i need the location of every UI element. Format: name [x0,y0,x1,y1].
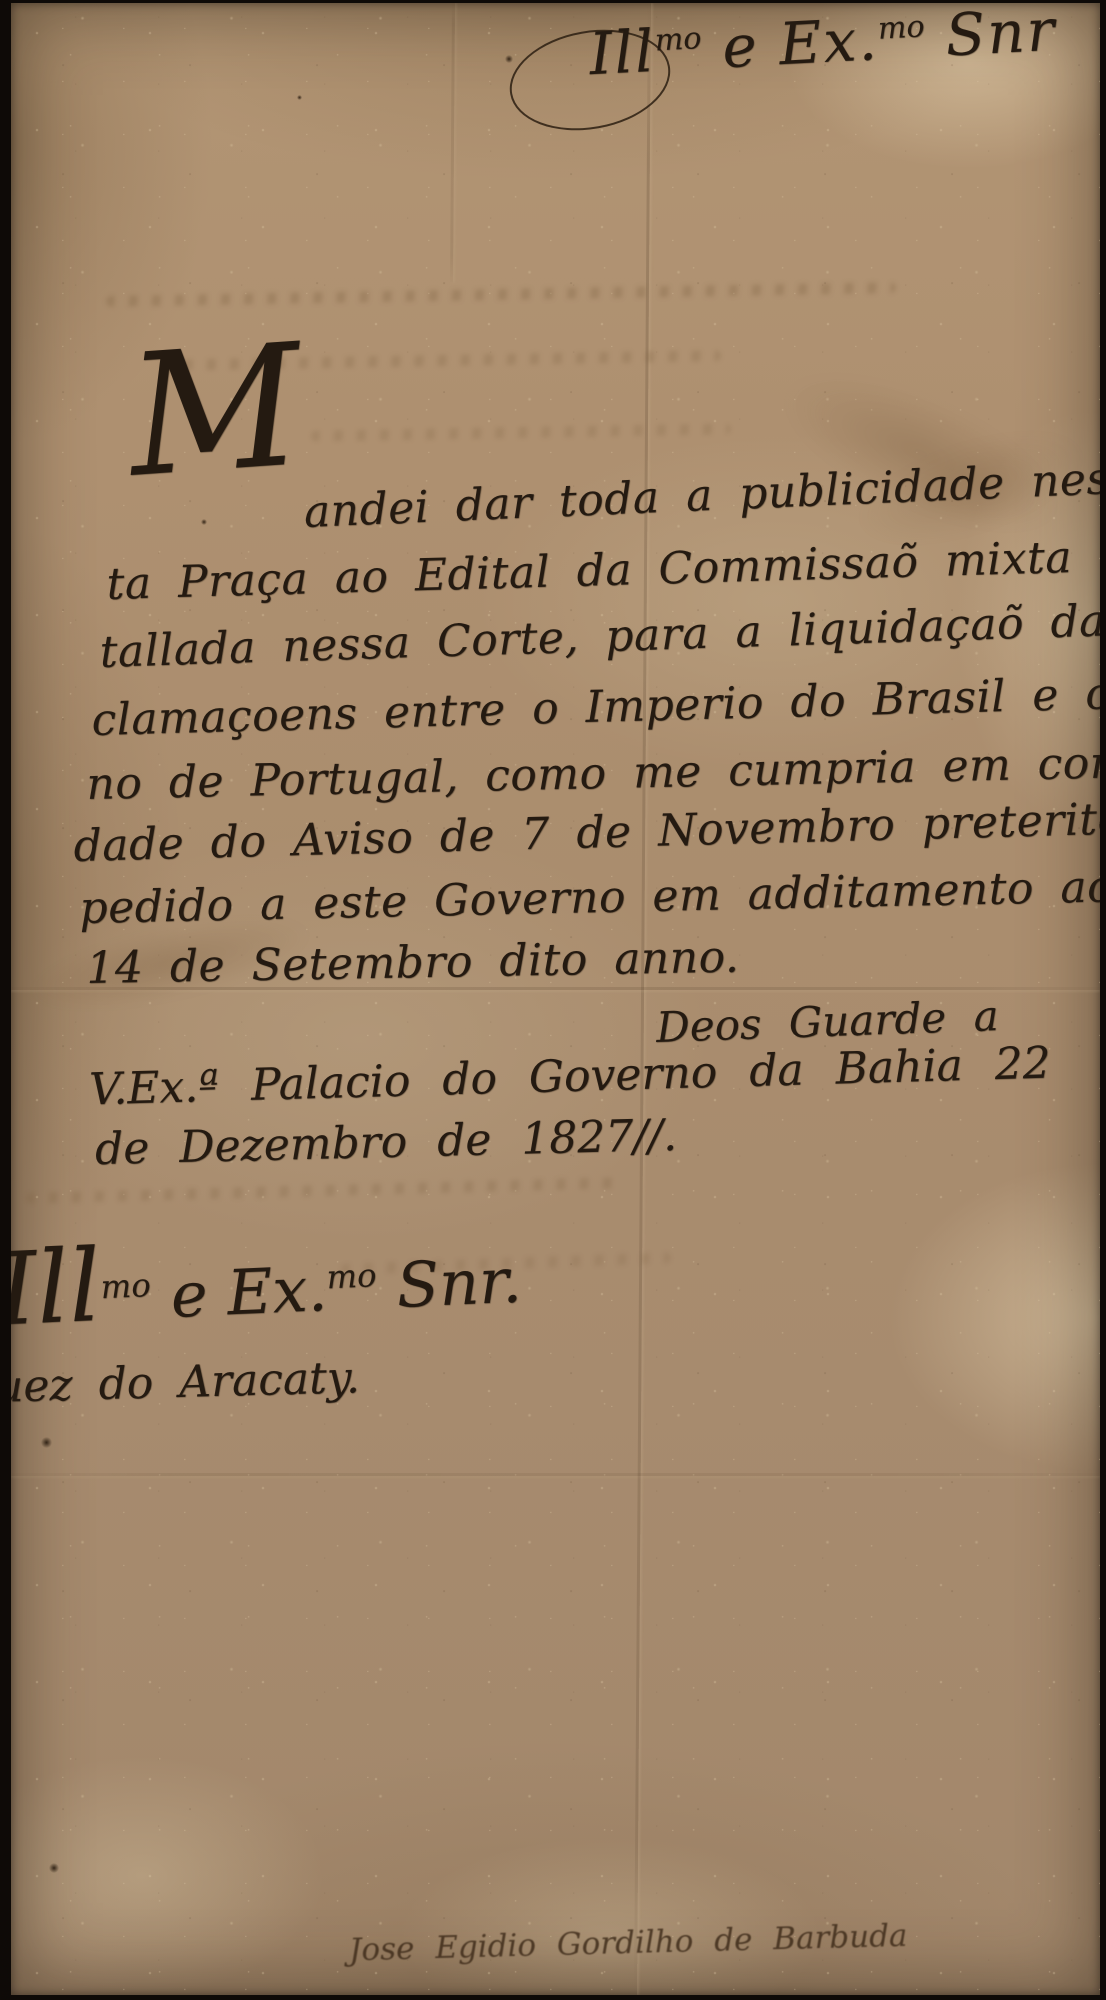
paper-speck [297,95,302,100]
addressee-name: uez do Aracaty. [11,1354,360,1411]
paper-speck [41,1437,52,1448]
manuscript-page: Illmo e Ex.mo Snr M andei dar toda a pub… [11,3,1100,1995]
salutation-text: e Ex. [150,1252,329,1333]
salutation-text: Snr. [375,1244,523,1323]
paper-speck [49,1863,59,1873]
place-date-line: V.Ex.ª Palacio do Governo da Bahia 22 [89,1040,1052,1114]
place-date-line: de Dezembro de 1827//. [95,1112,678,1174]
ink-bleedthrough [311,423,731,441]
salutation-text: Ill [588,17,657,88]
salutation-text: e Ex. [700,5,880,82]
header-salutation: Illmo e Ex.mo Snr [588,3,1058,86]
body-line: ta Praça ao Edital da Commissaõ mixta in… [106,530,1100,608]
superscript-abbreviation: mo [877,9,926,46]
body-line: 14 de Setembro dito anno. [86,934,740,993]
fold-crease-horizontal [11,1473,1100,1476]
fold-crease-vertical [634,3,651,1995]
superscript-abbreviation: mo [326,1256,378,1296]
paper-speck [505,55,513,63]
drop-cap-initial: M [123,315,307,508]
salutation-text: Ill [11,1227,103,1348]
ink-bleedthrough [106,282,896,307]
superscript-abbreviation: mo [100,1266,152,1306]
fold-crease-vertical [450,3,455,283]
body-line: clamaçoens entre o Imperio do Brasil e o… [91,667,1100,745]
ink-bleedthrough [26,1177,626,1204]
salutation-text: Snr [923,3,1058,71]
photograph-background: Illmo e Ex.mo Snr M andei dar toda a pub… [0,0,1106,2000]
address-salutation: Illmo e Ex.mo Snr. [11,1214,523,1345]
body-line: pedido a este Governo em additamento ao … [79,862,1100,933]
superscript-abbreviation: mo [654,21,703,58]
signature-note: Jose Egidio Gordilho de Barbuda [349,1920,908,1968]
paper-speck [201,519,207,525]
